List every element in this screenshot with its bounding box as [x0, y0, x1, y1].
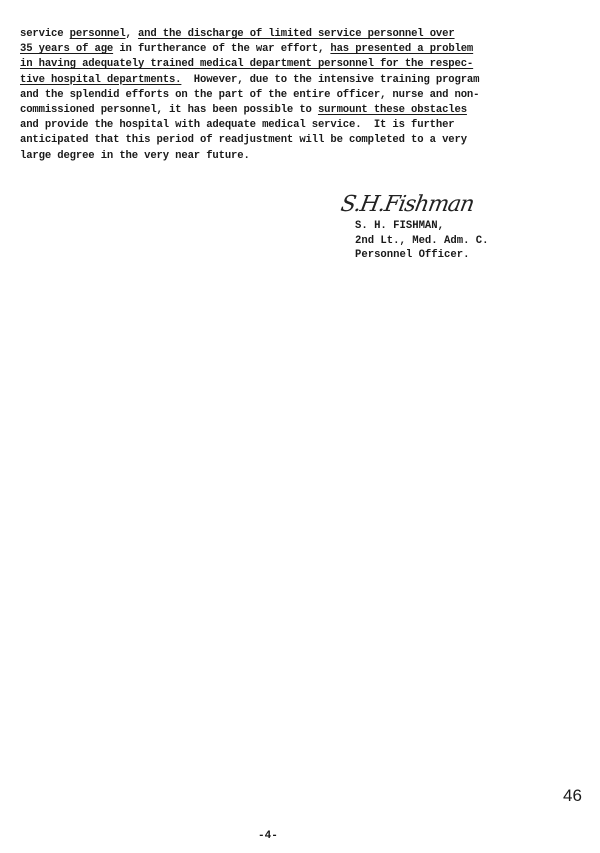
- text-segment: anticipated that this period of readjust…: [20, 134, 467, 146]
- text-line: commissioned personnel, it has been poss…: [20, 103, 590, 118]
- underlined-text: in having adequately trained medical dep…: [20, 58, 473, 70]
- underlined-text: has presented a problem: [330, 43, 473, 55]
- text-line: and provide the hospital with adequate m…: [20, 118, 590, 133]
- text-line: tive hospital departments. However, due …: [20, 73, 590, 88]
- text-line: large degree in the very near future.: [20, 149, 590, 164]
- underlined-text: and the discharge of limited service per…: [138, 28, 455, 40]
- text-segment: service: [20, 28, 70, 40]
- signature-block: S.H.Fishman S. H. FISHMAN, 2nd Lt., Med.…: [355, 192, 489, 263]
- bates-number: 46: [563, 786, 582, 806]
- body-paragraph: service personnel, and the discharge of …: [20, 27, 590, 164]
- underlined-text: tive hospital departments.: [20, 74, 181, 86]
- text-segment: ,: [126, 28, 138, 40]
- signatory-name: S. H. FISHMAN,: [355, 219, 489, 234]
- text-segment: large degree in the very near future.: [20, 150, 250, 162]
- text-line: and the splendid efforts on the part of …: [20, 88, 590, 103]
- text-line: in having adequately trained medical dep…: [20, 57, 590, 72]
- underlined-text: personnel: [70, 28, 126, 40]
- signatory-rank: 2nd Lt., Med. Adm. C.: [355, 234, 489, 249]
- text-line: service personnel, and the discharge of …: [20, 27, 590, 42]
- text-segment: However, due to the intensive training p…: [181, 74, 479, 86]
- underlined-text: 35 years of age: [20, 43, 113, 55]
- text-segment: in furtherance of the war effort,: [113, 43, 330, 55]
- signatory-title: Personnel Officer.: [355, 248, 489, 263]
- underlined-text: surmount these obstacles: [318, 104, 467, 116]
- text-segment: and the splendid efforts on the part of …: [20, 89, 479, 101]
- text-line: anticipated that this period of readjust…: [20, 133, 590, 148]
- text-segment: and provide the hospital with adequate m…: [20, 119, 455, 131]
- text-line: 35 years of age in furtherance of the wa…: [20, 42, 590, 57]
- page-number: -4-: [258, 830, 278, 842]
- text-segment: commissioned personnel, it has been poss…: [20, 104, 318, 116]
- handwritten-signature: S.H.Fishman: [339, 192, 491, 217]
